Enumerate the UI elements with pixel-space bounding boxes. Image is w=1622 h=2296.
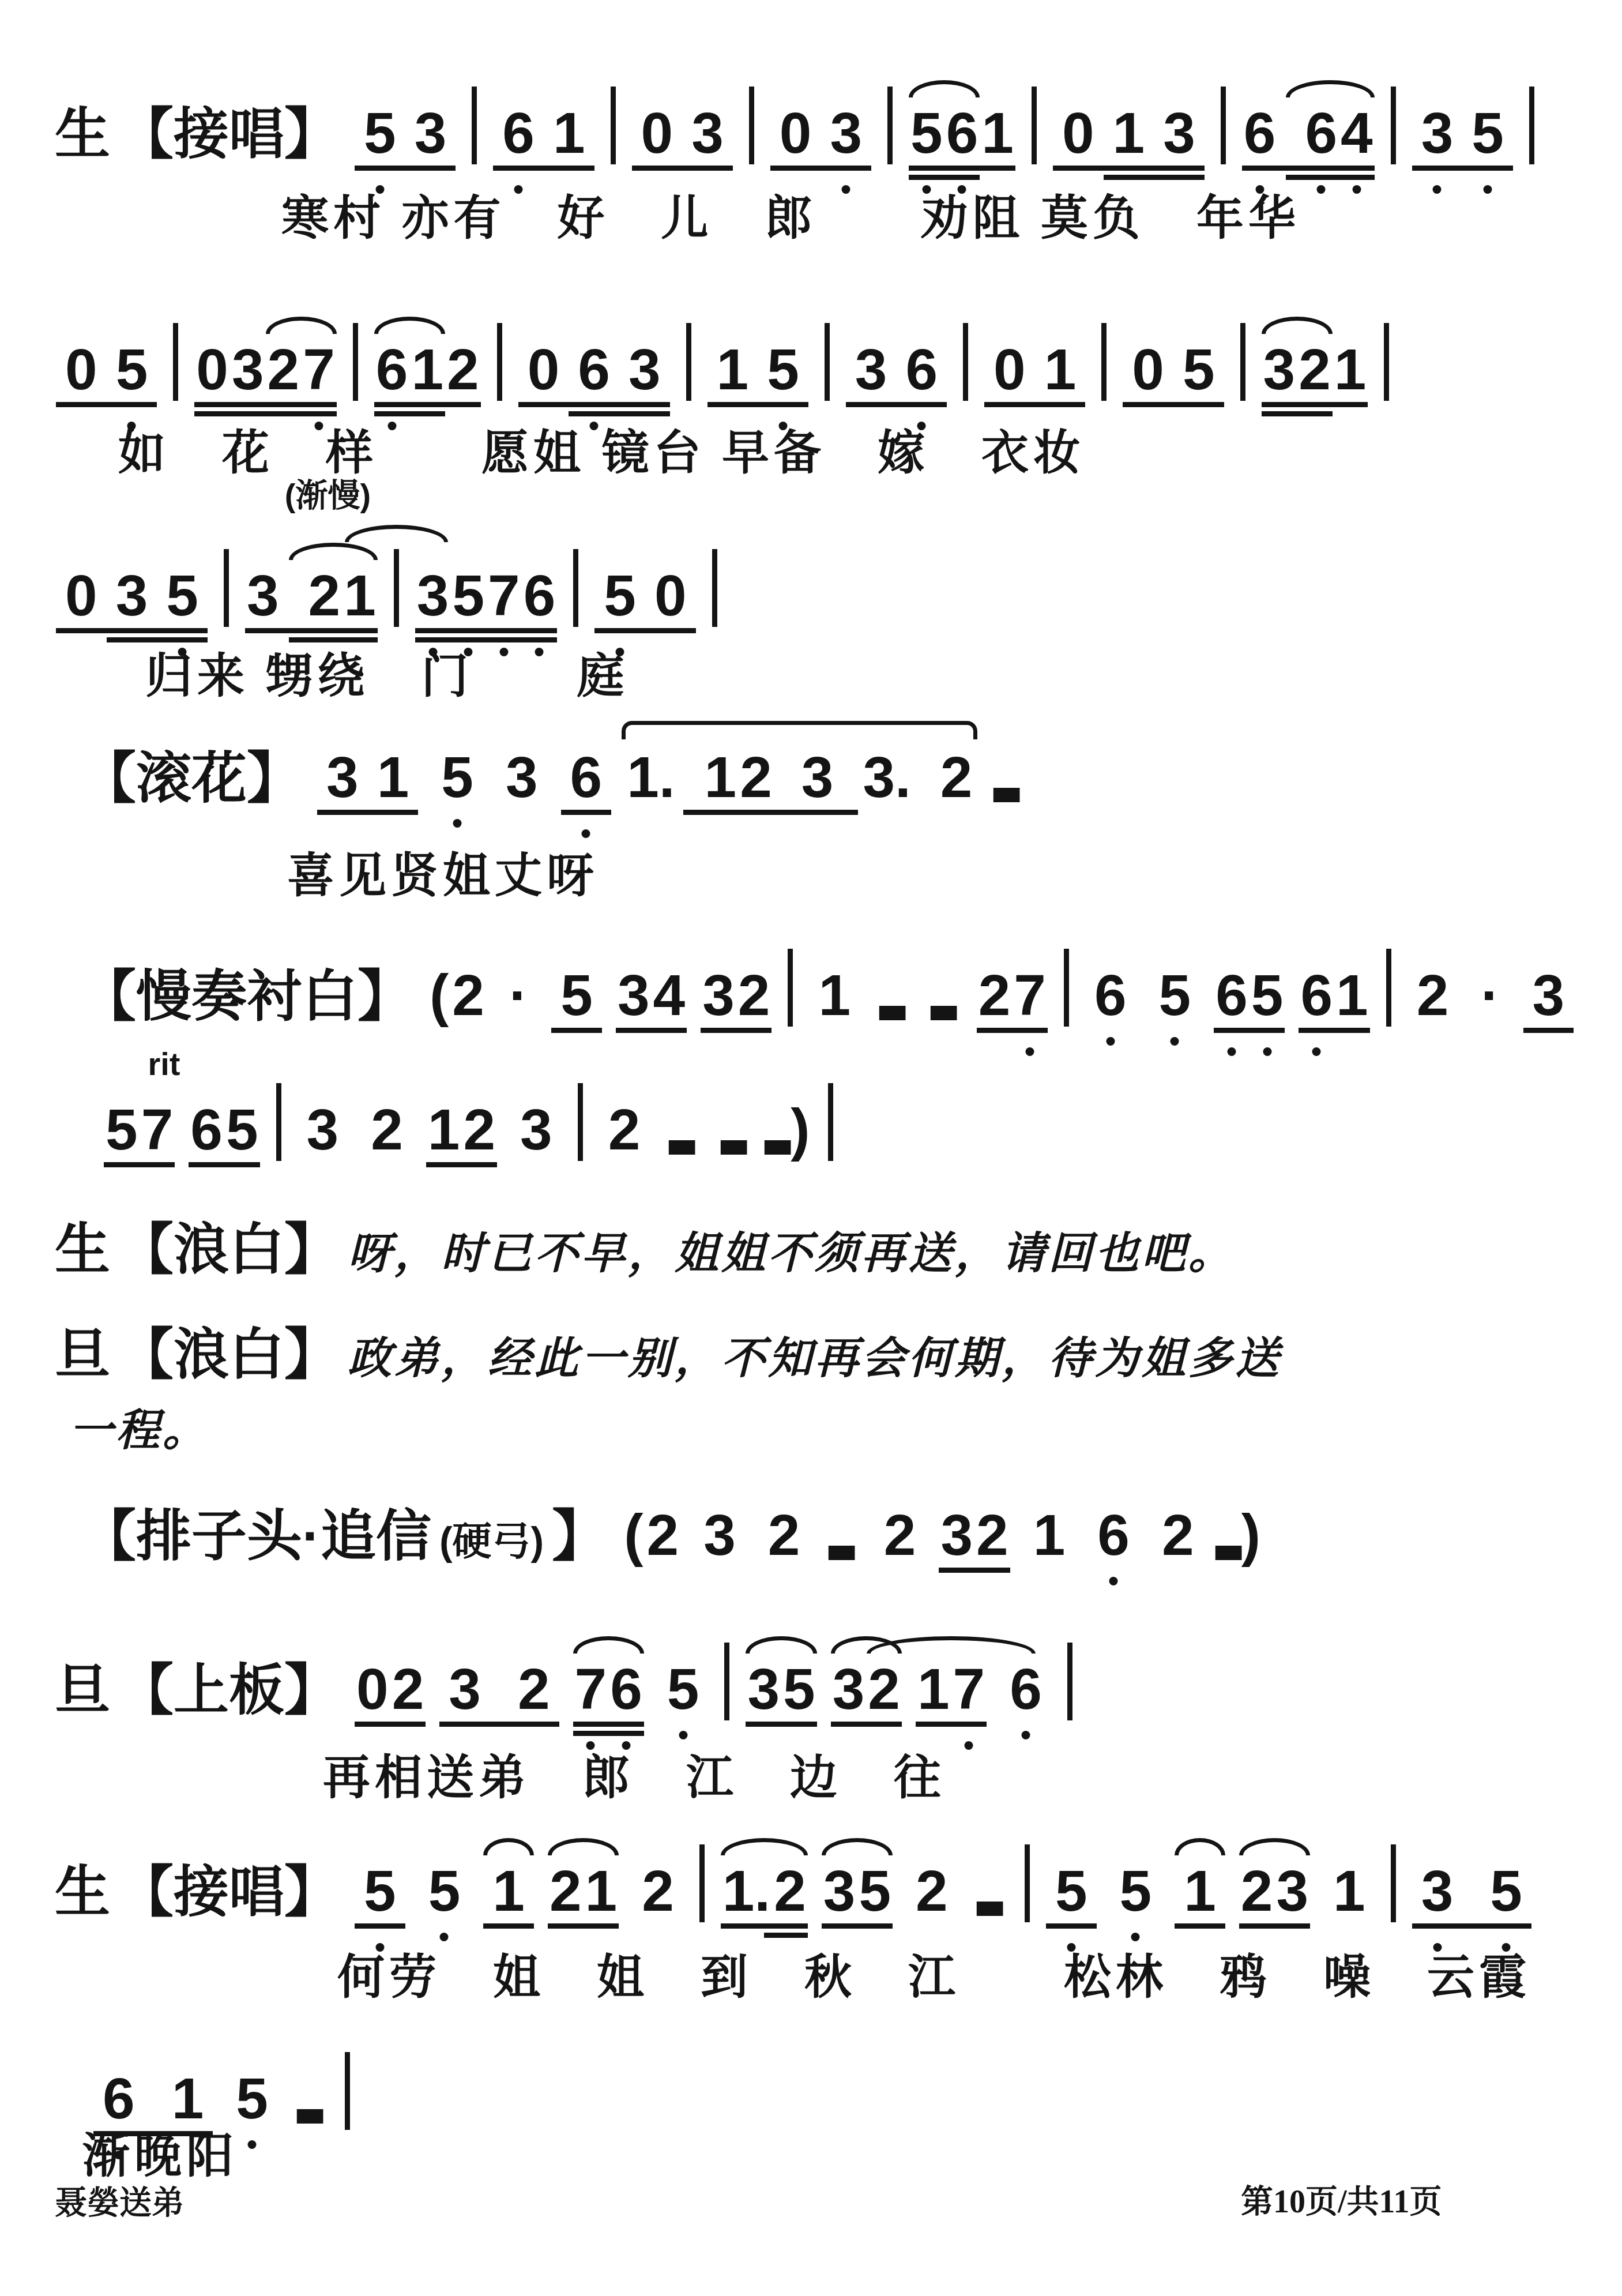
note-text: 5 [667, 1660, 699, 1718]
note: 6 [376, 341, 408, 399]
music-line: 旦【上板】02327653532176 [55, 1643, 1082, 1720]
note-group: 2 [599, 1101, 650, 1159]
note-group: 36 [846, 341, 947, 399]
note-text: 2 [268, 341, 300, 399]
note-text: 2 [608, 1101, 641, 1159]
note: 3 [232, 341, 264, 399]
note: 6 [502, 104, 535, 162]
note: 5 [364, 104, 396, 162]
note-text: 3 [1263, 341, 1296, 399]
note: - [724, 1101, 743, 1159]
note-text: 2 [1299, 341, 1331, 399]
beam [439, 1722, 559, 1727]
section-label: 【排子头·追信 [81, 1509, 431, 1564]
note-text: 1 [818, 967, 850, 1024]
note: 0 [65, 567, 97, 625]
note-text: · [509, 967, 528, 1024]
slur-arc [1286, 80, 1374, 97]
page-number: 第10页/共11页 [1241, 2186, 1442, 2218]
note-text: 3 [116, 567, 148, 625]
note: 6 [1215, 967, 1248, 1024]
note-group: 3 [1523, 967, 1574, 1024]
lyric-text: 再相送弟 郎 江 边 往 [323, 1752, 946, 1804]
beam [984, 402, 1085, 407]
note: 6 [103, 2070, 135, 2128]
note-group: 664 [1242, 104, 1375, 162]
beam [493, 166, 594, 171]
note: 1 [172, 2070, 204, 2128]
note-text: 5 [226, 1101, 258, 1159]
note-text: 1 [1336, 967, 1368, 1024]
phrase-bracket [622, 721, 977, 739]
barline-glyph [825, 323, 830, 401]
speech-line: 一程。 [69, 1406, 209, 1456]
note-group: 65 [1214, 967, 1285, 1024]
note-text: 3 [830, 104, 862, 162]
beam [1239, 1923, 1310, 1929]
octave-dot [248, 2140, 257, 2149]
note-text: 5 [910, 104, 943, 162]
note-group: 2 [362, 1101, 412, 1159]
note-text: - [665, 1077, 699, 1198]
beam [573, 1731, 644, 1736]
note-text: 1 [377, 749, 409, 806]
note-text: 1 [344, 567, 376, 625]
beam [822, 1923, 893, 1929]
note: 2 [976, 1506, 1008, 1564]
octave-dot [1502, 1943, 1511, 1952]
note-group: 321 [1262, 341, 1368, 399]
note-text: 1 [1334, 341, 1367, 399]
barline [353, 323, 358, 401]
note: 3 [326, 749, 359, 806]
note-group: - [663, 1101, 701, 1159]
note-text: 2 [868, 1660, 900, 1718]
note-text: 0 [780, 104, 812, 162]
note: 5 [1183, 341, 1215, 399]
note: 5 [452, 567, 484, 625]
barline [887, 87, 893, 164]
beam [426, 1162, 497, 1167]
speech-text: 一程。 [69, 1407, 209, 1455]
note-text: 5 [364, 104, 396, 162]
note-group: 27 [977, 967, 1048, 1024]
note-text: 6 [524, 567, 556, 625]
beam [415, 637, 558, 642]
note: 3 [449, 1660, 481, 1718]
note-text: 6 [1094, 967, 1127, 1024]
note: 0 [65, 341, 97, 399]
barline-glyph [963, 323, 968, 401]
note: 2 [774, 1862, 806, 1920]
lyric-text: 归来 甥绕 门 庭 [145, 650, 629, 702]
barline [173, 323, 178, 401]
slur-arc [289, 543, 377, 560]
note-group: - [291, 2070, 329, 2128]
note-text: 3 [801, 749, 834, 806]
note-text: 3 [307, 1101, 339, 1159]
note: 4 [1341, 104, 1373, 162]
note: 2 [642, 1862, 674, 1920]
lyric-text: 何劳 姐 姐 到 秋 江 松林 鸦 噪 云霞 [337, 1951, 1531, 2004]
beam [245, 628, 378, 633]
note-group: 6 [1085, 967, 1136, 1024]
note-text: ) [1241, 1506, 1260, 1564]
octave-dot [1131, 1933, 1140, 1941]
note: 5 [236, 2070, 268, 2128]
role-indicator: 生 [55, 1865, 110, 1920]
note: 5 [364, 1862, 396, 1920]
note-group: 3 [694, 1506, 745, 1564]
note-group: - [823, 1506, 860, 1564]
music-line: 生【接唱】5512121.2352-55123135 [55, 1844, 1538, 1922]
note-text: 6 [1305, 104, 1337, 162]
lyric-text: 渐晚阳 [82, 2130, 238, 2182]
note-text: 0 [528, 341, 560, 399]
note: 6 [578, 341, 610, 399]
note-text: - [825, 1482, 859, 1603]
tempo-annotation: (渐慢) [285, 479, 371, 512]
octave-dot [622, 1741, 630, 1750]
note: 2 [268, 341, 300, 399]
barline [1240, 323, 1245, 401]
octave-dot [1227, 1047, 1236, 1056]
octave-dot [1109, 1577, 1118, 1585]
note-group: 5 [355, 1862, 405, 1920]
barline [1391, 87, 1396, 164]
beam [770, 166, 871, 171]
beam [977, 1028, 1048, 1033]
beam [1104, 175, 1205, 180]
note-group: 35 [822, 1862, 893, 1920]
beam [1299, 1028, 1369, 1033]
barline-glyph [828, 1083, 833, 1161]
note-text: 4 [653, 967, 686, 1024]
note-group: 17 [916, 1660, 987, 1718]
note: 2 [447, 341, 479, 399]
note: 3 [703, 1506, 736, 1564]
note: 3 [1263, 341, 1296, 399]
note-group: 2 [1408, 967, 1458, 1024]
note-text: 2 [371, 1101, 403, 1159]
note: 0 [1132, 341, 1164, 399]
note: 3 [618, 967, 650, 1024]
note-text: 3 [691, 104, 724, 162]
barline [497, 323, 502, 401]
barline-glyph [724, 1643, 729, 1720]
speech-text: 呀，时已不早，姐姐不须再送，请回也吧。 [348, 1230, 1235, 1278]
barline-glyph [394, 549, 399, 627]
note-text: 2 [740, 749, 772, 806]
note: 3 [823, 1862, 856, 1920]
score-title: 聂嫈送弟 [55, 2187, 184, 2219]
beam [683, 810, 800, 815]
music-line: 615- [86, 2052, 359, 2130]
note-text: ) [791, 1101, 810, 1159]
note-text: 1 [981, 104, 1014, 162]
barline-glyph [686, 323, 691, 401]
barline-glyph [472, 87, 477, 164]
octave-dot [1171, 1037, 1179, 1046]
beam [1412, 166, 1513, 171]
octave-dot [1433, 1943, 1442, 1952]
barline [1025, 1844, 1030, 1922]
note: - [672, 1101, 691, 1159]
note: 2 [768, 1506, 800, 1564]
beam [1523, 1028, 1574, 1033]
barline-glyph [1032, 87, 1037, 164]
note: 6 [1305, 104, 1337, 162]
barline-glyph [611, 87, 616, 164]
note-group: 3 [511, 1101, 562, 1159]
note: 1 [717, 341, 749, 399]
note-group: 61 [1299, 967, 1369, 1024]
note: 1 [553, 104, 585, 162]
note-text: 2 [518, 1660, 550, 1718]
beam [355, 166, 456, 171]
note-text: 1. [627, 749, 675, 806]
note-text: 6 [946, 104, 979, 162]
barline-glyph [1067, 1643, 1072, 1720]
beam [1053, 166, 1205, 171]
barline [1391, 1844, 1396, 1922]
note: 0 [528, 341, 560, 399]
barline [749, 87, 754, 164]
note: 7 [575, 1660, 607, 1718]
note-group: 1.2 [721, 1862, 808, 1920]
note: ( [624, 1506, 643, 1564]
note-text: - [761, 1077, 795, 1198]
note-group: 013 [1053, 104, 1205, 162]
note-text: 5 [452, 567, 484, 625]
beam [707, 402, 808, 407]
note-group: 2 [759, 1506, 810, 1564]
octave-dot [1484, 185, 1492, 194]
slur-arc [548, 1838, 619, 1855]
note-group: 1 [483, 1862, 534, 1920]
barline-glyph [1391, 1844, 1396, 1922]
note: 5 [1120, 1862, 1152, 1920]
note-group: 32 [939, 1506, 1010, 1564]
note: 3 [1533, 967, 1565, 1024]
note: 2 [979, 967, 1011, 1024]
note: - [1219, 1506, 1238, 1564]
note: ) [1241, 1506, 1260, 1564]
section-label: 【浪白】 [118, 1310, 340, 1389]
note: 1 [917, 1660, 950, 1718]
note-group: - [925, 967, 962, 1024]
speech-text: 政弟，经此一别，不知再会何期，待为姐多送 [348, 1335, 1282, 1383]
note: 5 [604, 567, 636, 625]
octave-dot [453, 819, 462, 828]
note: 2 [738, 967, 770, 1024]
beam [194, 402, 337, 407]
barline-glyph [749, 87, 754, 164]
note-text: 2 [738, 967, 770, 1024]
beam [548, 1923, 619, 1929]
beam [56, 628, 208, 633]
beam [104, 1162, 175, 1167]
note-group: 1.1233.2 [625, 749, 974, 806]
note-text: 3 [833, 1660, 865, 1718]
note: 5 [226, 1101, 258, 1159]
note-group: 612 [374, 341, 481, 399]
note-text: 4 [1341, 104, 1373, 162]
note: 1 [1184, 1862, 1216, 1920]
beam [616, 1028, 687, 1033]
beam [939, 1568, 1010, 1573]
note-text: - [293, 2046, 328, 2167]
beam [561, 810, 612, 815]
note: 1 [981, 104, 1014, 162]
note: 3 [506, 749, 538, 806]
note: 6 [1300, 967, 1333, 1024]
beam [107, 637, 208, 642]
note-text: 1 [1113, 104, 1145, 162]
note-group: 65 [189, 1101, 259, 1159]
note: 1 [818, 967, 850, 1024]
barline [828, 1083, 833, 1161]
note-text: ( [430, 967, 449, 1024]
note-group: 5 [227, 2070, 277, 2128]
octave-dot [965, 1741, 973, 1750]
note: 3 [1421, 1862, 1454, 1920]
note-group: 035 [56, 567, 208, 625]
note: 3 [1163, 104, 1195, 162]
note: 3 [1276, 1862, 1308, 1920]
barline-glyph [578, 1083, 583, 1161]
note-text: - [1211, 1482, 1245, 1603]
slur-arc [822, 1838, 893, 1855]
note-group: 76 [573, 1660, 644, 1718]
note: 3. [863, 749, 910, 806]
note-text: 6 [502, 104, 535, 162]
note-text: 2 [642, 1862, 674, 1920]
note-group: 21 [548, 1862, 619, 1920]
beam [355, 1923, 405, 1929]
note: 5 [767, 341, 799, 399]
beam [374, 411, 445, 416]
note: 2 [308, 567, 341, 625]
note-text: - [875, 942, 910, 1064]
note: 2 [916, 1862, 948, 1920]
note: 1 [585, 1862, 618, 1920]
note: 7 [488, 567, 520, 625]
barline [788, 949, 793, 1027]
role-indicator: 旦 [55, 1663, 110, 1718]
barline [686, 323, 691, 401]
note: 2 [452, 967, 484, 1024]
note-text: 7 [141, 1101, 174, 1159]
note-group: 03 [632, 104, 733, 162]
note-text: 5 [1120, 1862, 1152, 1920]
barline-glyph [224, 549, 229, 627]
note: - [300, 2070, 319, 2128]
note: 3 [855, 341, 887, 399]
note-group: 1 [1324, 1862, 1375, 1920]
note: 0 [780, 104, 812, 162]
note-text: 3 [326, 749, 359, 806]
note-text: 3 [823, 1862, 856, 1920]
beam [632, 166, 733, 171]
note-group: 5 [1150, 967, 1200, 1024]
note: - [934, 967, 953, 1024]
barline-glyph [1384, 323, 1389, 401]
barline-glyph [497, 323, 502, 401]
beam [800, 810, 858, 815]
note-text: 3 [1276, 1862, 1308, 1920]
note-group: 063 [518, 341, 670, 399]
note-text: 5 [859, 1862, 891, 1920]
barline-glyph [887, 87, 893, 164]
lyric-line: 渐晚阳 [82, 2133, 238, 2180]
note-text: 2 [550, 1862, 582, 1920]
beam [909, 175, 980, 180]
note-group: - [988, 749, 1025, 806]
note: 5 [1490, 1862, 1522, 1920]
slur-arc [746, 1636, 816, 1654]
section-label: (硬弓) [439, 1522, 544, 1561]
barline [825, 323, 830, 401]
beam [189, 1162, 259, 1167]
note-text: 5 [1472, 104, 1504, 162]
note-text: 5 [1159, 967, 1191, 1024]
note-text: 1 [172, 2070, 204, 2128]
note-text: 1 [585, 1862, 618, 1920]
barline-glyph [1064, 949, 1069, 1027]
note-text: 1 [917, 1660, 950, 1718]
barline [1067, 1643, 1072, 1720]
note: 3 [747, 1660, 780, 1718]
note-text: 3 [247, 567, 279, 625]
barline-glyph [1025, 1844, 1030, 1922]
note: 5 [910, 104, 943, 162]
section-label: 【滚花】 [81, 751, 302, 806]
octave-dot [1433, 185, 1442, 194]
note: 1 [377, 749, 409, 806]
note-group: 02 [355, 1660, 426, 1718]
note-group: 1 [1024, 1506, 1075, 1564]
speech-line: 生【浪白】呀，时已不早，姐姐不须再送，请回也吧。 [55, 1205, 1235, 1284]
note: 6 [570, 749, 603, 806]
note: 5 [1055, 1862, 1087, 1920]
barline-glyph [173, 323, 178, 401]
lyric-line: 再相送弟 郎 江 边 往 [323, 1754, 946, 1802]
note: ) [791, 1101, 810, 1159]
barline [345, 2052, 350, 2130]
note: 2 [463, 1101, 495, 1159]
note-text: 3 [618, 967, 650, 1024]
note-group: 61 [93, 2070, 213, 2128]
note-text: 5 [116, 341, 148, 399]
note: 1 [1336, 967, 1368, 1024]
section-label: 【接唱】 [118, 107, 340, 162]
note: 5 [560, 967, 593, 1024]
section-label: 】 [552, 1509, 607, 1564]
role-indicator: 生 [55, 1205, 110, 1284]
note-text: 3 [855, 341, 887, 399]
note: 0 [641, 104, 673, 162]
note-text: 5 [441, 749, 473, 806]
octave-dot [679, 1731, 687, 1739]
barline [276, 1083, 281, 1161]
note: 5 [783, 1660, 815, 1718]
slur-arc [573, 1636, 644, 1654]
barline [724, 1643, 729, 1720]
section-label: 【接唱】 [118, 1865, 340, 1920]
note-text: 3 [629, 341, 661, 399]
note: 5 [441, 749, 473, 806]
